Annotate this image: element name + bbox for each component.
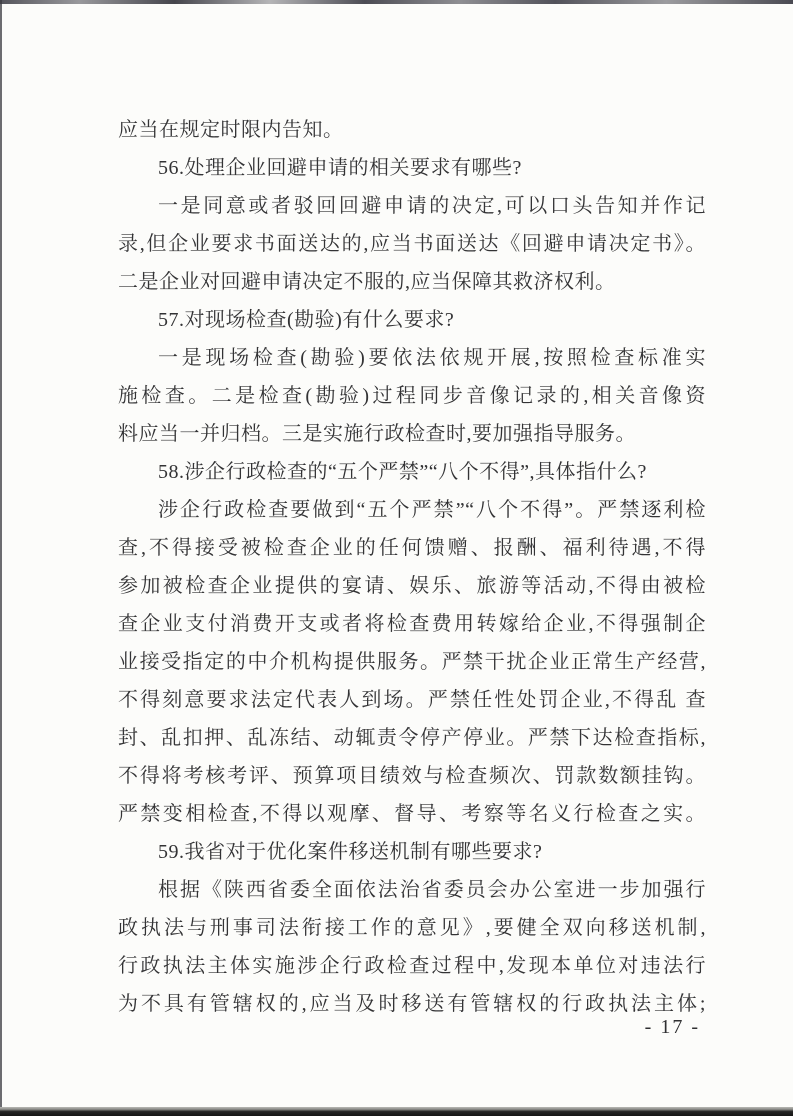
text-line: 业接受指定的中介机构提供服务。严禁干扰企业正常生产经营, [118,643,706,681]
answer-59: 根据《陕西省委全面依法治省委员会办公室进一步加强行政执法与刑事司法衔接工作的意见… [118,871,706,1023]
text-line: 行政执法主体实施涉企行政检查过程中,发现本单位对违法行 [118,947,706,985]
text-line: 政执法与刑事司法衔接工作的意见》,要健全双向移送机制, [118,909,706,947]
scan-artifact-top-edge [0,0,793,4]
text-line: 料应当一并归档。三是实施行政检查时,要加强指导服务。 [118,415,706,453]
text-line: 录,但企业要求书面送达的,应当书面送达《回避申请决定书》。 [118,225,706,263]
text-line: 封、乱扣押、乱冻结、动辄责令停产停业。严禁下达检查指标, [118,719,706,757]
answer-56: 一是同意或者驳回回避申请的决定,可以口头告知并作记录,但企业要求书面送达的,应当… [118,187,706,301]
text-line: 58.涉企行政检查的“五个严禁”“八个不得”,具体指什么? [118,453,706,491]
text-line: 涉企行政检查要做到“五个严禁”“八个不得”。严禁逐利检 [118,491,706,529]
document-page: 应当在规定时限内告知。56.处理企业回避申请的相关要求有哪些?一是同意或者驳回回… [0,0,793,1116]
answer-58: 涉企行政检查要做到“五个严禁”“八个不得”。严禁逐利检查,不得接受被检查企业的任… [118,491,706,833]
scan-artifact-left-edge [0,0,2,1116]
question-57: 57.对现场检查(勘验)有什么要求? [118,301,706,339]
text-line: 不得将考核考评、预算项目绩效与检查频次、罚款数额挂钩。 [118,757,706,795]
text-line: 二是企业对回避申请决定不服的,应当保障其救济权利。 [118,263,706,301]
answer-57: 一是现场检查(勘验)要依法依规开展,按照检查标准实施检查。二是检查(勘验)过程同… [118,339,706,453]
paragraph-continuation: 应当在规定时限内告知。 [118,111,706,149]
page-number: - 17 - [645,1016,700,1038]
text-line: 查企业支付消费开支或者将检查费用转嫁给企业,不得强制企 [118,605,706,643]
text-line: 不得刻意要求法定代表人到场。严禁任性处罚企业,不得乱 查 [118,681,706,719]
page-footer: - 17 - [118,1016,706,1039]
text-line: 查,不得接受被检查企业的任何馈赠、报酬、福利待遇,不得 [118,529,706,567]
text-line: 参加被检查企业提供的宴请、娱乐、旅游等活动,不得由被检 [118,567,706,605]
text-line: 一是现场检查(勘验)要依法依规开展,按照检查标准实 [118,339,706,377]
text-line: 一是同意或者驳回回避申请的决定,可以口头告知并作记 [118,187,706,225]
page-body: 应当在规定时限内告知。56.处理企业回避申请的相关要求有哪些?一是同意或者驳回回… [118,111,706,1023]
text-line: 应当在规定时限内告知。 [118,111,706,149]
text-line: 施检查。二是检查(勘验)过程同步音像记录的,相关音像资 [118,377,706,415]
question-58: 58.涉企行政检查的“五个严禁”“八个不得”,具体指什么? [118,453,706,491]
text-line: 56.处理企业回避申请的相关要求有哪些? [118,149,706,187]
text-line: 59.我省对于优化案件移送机制有哪些要求? [118,833,706,871]
scan-artifact-bottom-edge [0,1107,793,1116]
question-59: 59.我省对于优化案件移送机制有哪些要求? [118,833,706,871]
text-line: 根据《陕西省委全面依法治省委员会办公室进一步加强行 [118,871,706,909]
text-line: 57.对现场检查(勘验)有什么要求? [118,301,706,339]
question-56: 56.处理企业回避申请的相关要求有哪些? [118,149,706,187]
text-line: 严禁变相检查,不得以观摩、督导、考察等名义行检查之实。 [118,795,706,833]
